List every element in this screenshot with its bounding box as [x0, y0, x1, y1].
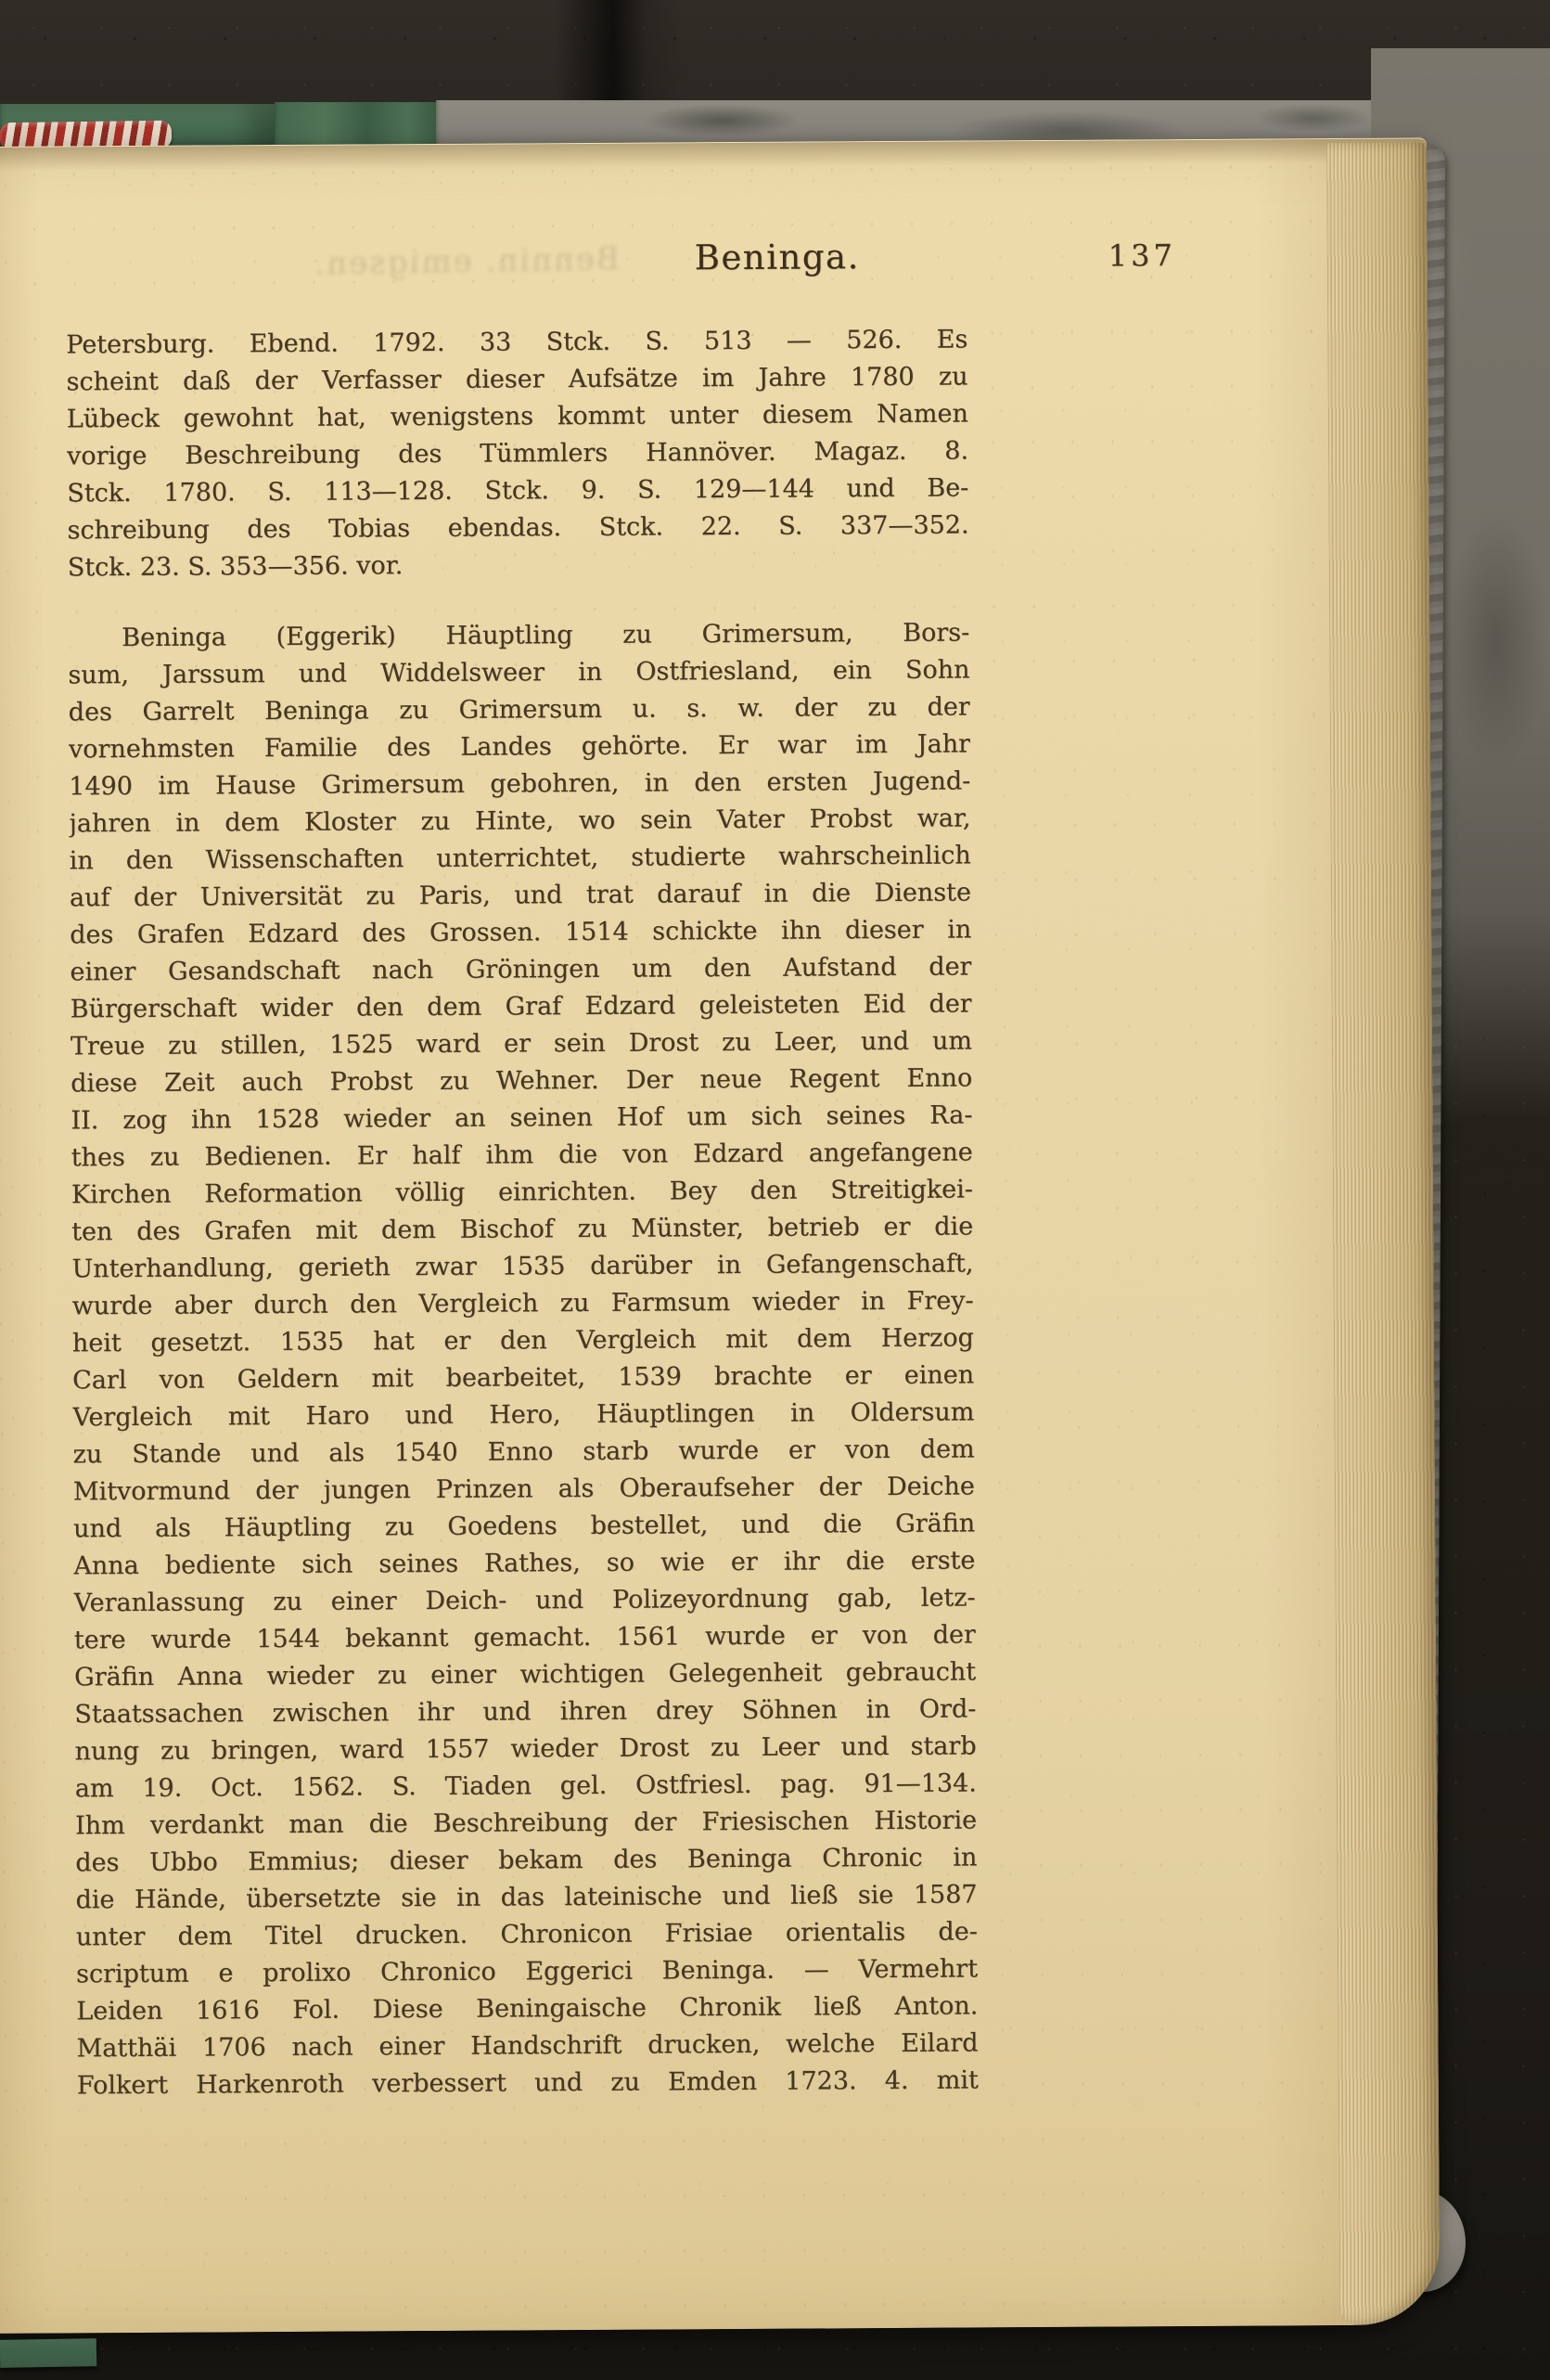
text-line: Treue zu stillen, 1525 ward er sein Dros… — [70, 1023, 972, 1065]
text-line: und als Häuptling zu Goedens bestellet, … — [73, 1505, 975, 1548]
text-line: heit gesetzt. 1535 hat er den Vergleich … — [72, 1319, 974, 1362]
paragraph: Petersburg. Ebend. 1792. 33 Stck. S. 513… — [66, 321, 969, 586]
text-line: Beninga (Eggerik) Häuptling zu Grimersum… — [68, 614, 969, 657]
text-line: unter dem Titel drucken. Chronicon Frisi… — [76, 1913, 978, 1956]
running-head: Beninga. 137 — [0, 225, 1320, 292]
page-fore-edge — [1326, 142, 1440, 2325]
text-line: jahren in dem Kloster zu Hinte, wo sein … — [69, 800, 970, 843]
text-line: scriptum e prolixo Chronico Eggerici Ben… — [76, 1950, 978, 1993]
text-line: vornehmsten Familie des Landes gehörte. … — [69, 726, 970, 768]
text-line: Lübeck gewohnt hat, wenigstens kommt unt… — [67, 395, 968, 438]
text-line: Folkert Harkenroth verbessert und zu Emd… — [77, 2062, 979, 2104]
text-line: II. zog ihn 1528 wieder an seinen Hof um… — [70, 1097, 972, 1139]
text-line: vorige Beschreibung des Tümmlers Hannöve… — [67, 432, 968, 475]
page-title: Beninga. — [615, 227, 940, 289]
text-line: sum, Jarssum und Widdelsweer in Ostfries… — [68, 651, 969, 694]
text-line: tere wurde 1544 bekannt gemacht. 1561 wu… — [74, 1616, 976, 1659]
text-line: einer Gesandschaft nach Gröningen um den… — [70, 948, 971, 991]
book-scan-photo: Bennin. emigsen. Beninga. 137 Petersburg… — [0, 0, 1550, 2380]
text-line: Mitvormund der jungen Prinzen als Oberau… — [73, 1468, 975, 1511]
text-line: diese Zeit auch Probst zu Wehner. Der ne… — [70, 1060, 972, 1102]
text-line: am 19. Oct. 1562. S. Tiaden gel. Ostfrie… — [75, 1765, 977, 1808]
text-line: Stck. 23. S. 353—356. vor. — [68, 544, 969, 586]
text-block: Petersburg. Ebend. 1792. 33 Stck. S. 513… — [66, 321, 979, 2104]
text-line: in den Wissenschaften unterrichtet, stud… — [70, 837, 971, 880]
text-line: nung zu bringen, ward 1557 wieder Drost … — [74, 1728, 976, 1770]
text-line: ten des Grafen mit dem Bischof zu Münste… — [71, 1208, 973, 1251]
text-line: scheint daß der Verfasser dieser Aufsätz… — [66, 358, 967, 401]
text-line: Kirchen Reformation völlig einrichten. B… — [71, 1171, 973, 1214]
text-line: Stck. 1780. S. 113—128. Stck. 9. S. 129—… — [67, 470, 968, 512]
text-line: Staatssachen zwischen ihr und ihren drey… — [74, 1691, 976, 1733]
book-page: Bennin. emigsen. Beninga. 137 Petersburg… — [0, 137, 1440, 2334]
text-line: Unterhandlung, gerieth zwar 1535 darüber… — [71, 1245, 973, 1288]
text-line: Matthäi 1706 nach einer Handschrift druc… — [76, 2025, 978, 2067]
text-line: wurde aber durch den Vergleich zu Farmsu… — [72, 1282, 974, 1325]
text-line: auf der Universität zu Paris, und trat d… — [70, 874, 971, 917]
text-line: Veranlassung zu einer Deich- und Polizey… — [73, 1579, 975, 1622]
text-line: des Grafen Edzard des Grossen. 1514 schi… — [70, 911, 971, 954]
text-line: Gräfin Anna wieder zu einer wichtigen Ge… — [74, 1653, 976, 1696]
page-number: 137 — [991, 225, 1176, 286]
paragraph: Beninga (Eggerik) Häuptling zu Grimersum… — [68, 614, 979, 2104]
text-line: Carl von Geldern mit bearbeitet, 1539 br… — [72, 1357, 974, 1399]
text-line: Anna bediente sich seines Rathes, so wie… — [73, 1542, 975, 1585]
text-line: schreibung des Tobias ebendas. Stck. 22.… — [67, 507, 968, 549]
text-line: des Garrelt Beninga zu Grimersum u. s. w… — [69, 688, 970, 731]
text-line: Petersburg. Ebend. 1792. 33 Stck. S. 513… — [66, 321, 967, 364]
text-line: thes zu Bedienen. Er half ihm die von Ed… — [71, 1134, 973, 1177]
text-line: Ihm verdankt man die Beschreibung der Fr… — [75, 1802, 977, 1845]
text-line: Vergleich mit Haro und Hero, Häuptlingen… — [72, 1394, 974, 1436]
text-line: zu Stande und als 1540 Enno starb wurde … — [72, 1431, 974, 1473]
text-line: Leiden 1616 Fol. Diese Beningaische Chro… — [76, 1988, 978, 2030]
text-line: 1490 im Hause Grimersum gebohren, in den… — [69, 763, 970, 805]
cover-bottom-edge — [0, 2338, 96, 2368]
text-line: Bürgerschaft wider den dem Graf Edzard g… — [70, 985, 972, 1028]
text-line: des Ubbo Emmius; dieser bekam des Bening… — [75, 1839, 977, 1882]
text-line: die Hände, übersetzte sie in das lateini… — [75, 1876, 977, 1919]
